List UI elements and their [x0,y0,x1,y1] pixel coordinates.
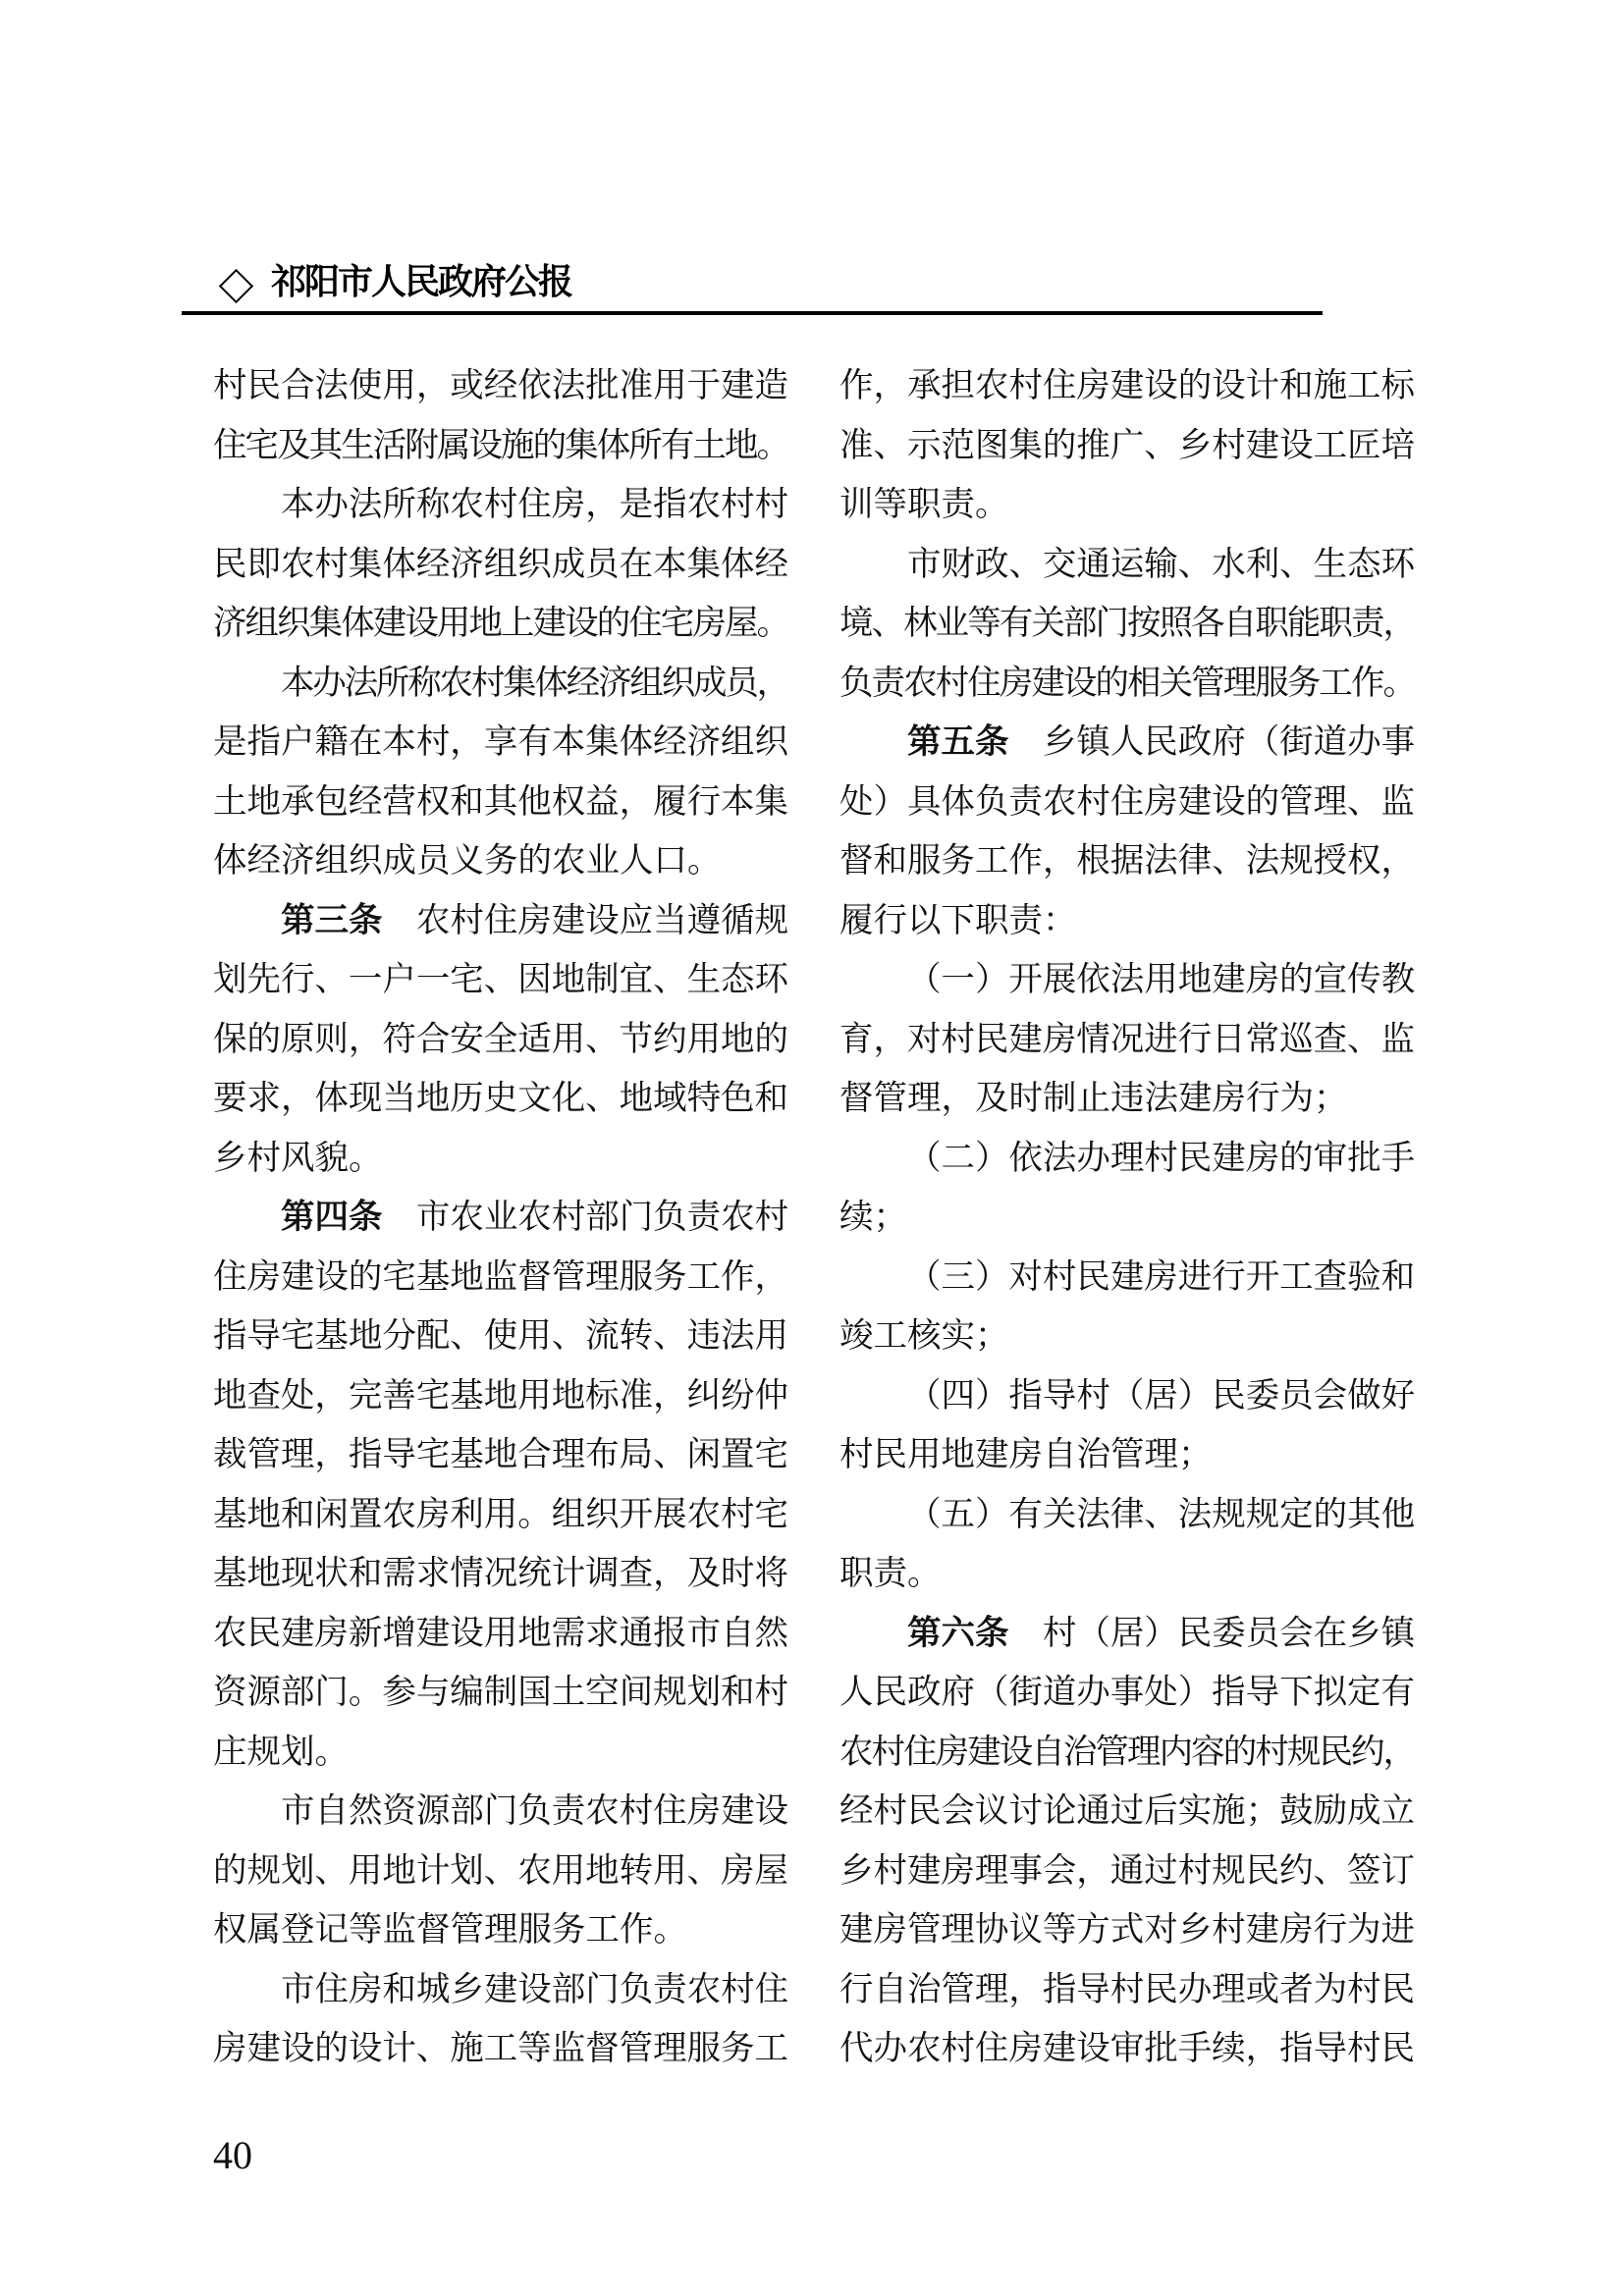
article-number: 第三条 [281,902,382,939]
text-run: 续； [839,1199,907,1236]
text-line: （四）指导村（居）民委员会做好 [839,1366,1415,1426]
text-run: 处）具体负责农村住房建设的管理、监 [839,783,1415,821]
text-run: 行自治管理，指导村民办理或者为村民 [839,1971,1415,2008]
text-line: 处）具体负责农村住房建设的管理、监 [839,773,1415,832]
text-line: 督和服务工作，根据法律、法规授权， [839,831,1415,891]
text-run: 准、示范图集的推广、乡村建设工匠培 [839,427,1415,464]
text-run: 权属登记等监督管理服务工作。 [213,1911,687,1949]
text-run: 市自然资源部门负责农村住房建设 [281,1792,788,1830]
text-run: 育，对村民建房情况进行日常巡查、监 [839,1021,1415,1058]
text-run: 是指户籍在本村，享有本集体经济组织 [213,723,788,761]
text-run: 负责农村住房建设的相关管理服务工作。 [839,665,1415,702]
text-run: 体经济组织成员义务的农业人口。 [213,842,722,880]
text-run: 指导宅基地分配、使用、流转、违法用 [213,1317,788,1355]
text-run: 市住房和城乡建设部门负责农村住 [281,1971,788,2008]
text-line: （五）有关法律、法规规定的其他 [839,1485,1415,1545]
text-line: 住宅及其生活附属设施的集体所有土地。 [213,416,788,476]
text-run: 住房建设的宅基地监督管理服务工作， [213,1258,788,1296]
text-line: 村民用地建房自治管理； [839,1425,1415,1485]
text-run: 民即农村集体经济组织成员在本集体经 [213,546,788,583]
text-line: 履行以下职责： [839,891,1415,951]
text-run: 训等职责。 [839,486,1009,523]
text-run: （一）开展依法用地建房的宣传教 [907,961,1415,998]
header-rule [182,311,1323,315]
text-run: 农村住房建设应当遵循规 [382,902,788,939]
text-run: 村民用地建房自治管理； [839,1436,1213,1473]
gazette-page: 祁阳市人民政府公报 村民合法使用，或经依法批准用于建造住宅及其生活附属设施的集体… [0,0,1623,2296]
text-line: 庄规划。 [213,1723,788,1783]
text-line: 村民合法使用，或经依法批准用于建造 [213,356,788,416]
text-line: 住房建设的宅基地监督管理服务工作， [213,1248,788,1308]
text-line: 第四条 市农业农村部门负责农村 [213,1188,788,1248]
text-line: （二）依法办理村民建房的审批手 [839,1129,1415,1189]
text-line: 训等职责。 [839,475,1415,535]
text-run: 要求，体现当地历史文化、地域特色和 [213,1080,788,1117]
text-line: 职责。 [839,1544,1415,1604]
text-line: 土地承包经营权和其他权益，履行本集 [213,773,788,832]
text-run: 划先行、一户一宅、因地制宜、生态环 [213,961,788,998]
text-line: 本办法所称农村集体经济组织成员， [213,654,788,714]
text-run: 农民建房新增建设用地需求通报市自然 [213,1615,788,1652]
text-run: （五）有关法律、法规规定的其他 [907,1496,1415,1533]
column-left: 村民合法使用，或经依法批准用于建造住宅及其生活附属设施的集体所有土地。本办法所称… [213,356,788,2079]
text-run: 地查处，完善宅基地用地标准，纠纷仲 [213,1377,788,1415]
text-run: 本办法所称农村住房，是指农村村 [281,486,788,523]
text-run: 境、林业等有关部门按照各自职能职责， [839,605,1415,642]
text-line: 基地和闲置农房利用。组织开展农村宅 [213,1485,788,1545]
text-line: 济组织集体建设用地上建设的住宅房屋。 [213,594,788,654]
text-line: 作，承担农村住房建设的设计和施工标 [839,356,1415,416]
text-line: 的规划、用地计划、农用地转用、房屋 [213,1842,788,1901]
text-run: （三）对村民建房进行开工查验和 [907,1258,1415,1296]
text-run: 督管理，及时制止违法建房行为； [839,1080,1348,1117]
text-line: 第五条 乡镇人民政府（街道办事 [839,713,1415,773]
text-line: 负责农村住房建设的相关管理服务工作。 [839,654,1415,714]
text-run: 职责。 [839,1555,942,1592]
text-line: 本办法所称农村住房，是指农村村 [213,475,788,535]
text-line: 权属登记等监督管理服务工作。 [213,1900,788,1960]
text-run: 代办农村住房建设审批手续，指导村民 [839,2030,1415,2067]
text-run: 作，承担农村住房建设的设计和施工标 [839,367,1415,404]
text-line: 竣工核实； [839,1307,1415,1366]
article-number: 第五条 [907,723,1008,761]
text-line: 是指户籍在本村，享有本集体经济组织 [213,713,788,773]
text-line: 代办农村住房建设审批手续，指导村民 [839,2019,1415,2079]
text-run: （四）指导村（居）民委员会做好 [907,1377,1415,1415]
text-run: 庄规划。 [213,1734,349,1771]
text-line: 育，对村民建房情况进行日常巡查、监 [839,1010,1415,1070]
text-line: 市自然资源部门负责农村住房建设 [213,1782,788,1842]
text-run: 建房管理协议等方式对乡村建房行为进 [839,1911,1415,1949]
text-run: 履行以下职责： [839,902,1077,939]
text-run: 基地现状和需求情况统计调查，及时将 [213,1555,788,1592]
article-number: 第四条 [281,1199,382,1236]
text-run: （二）依法办理村民建房的审批手 [907,1140,1415,1177]
text-line: 民即农村集体经济组织成员在本集体经 [213,535,788,595]
text-run: 裁管理，指导宅基地合理布局、闲置宅 [213,1436,788,1473]
text-run: 济组织集体建设用地上建设的住宅房屋。 [213,605,788,642]
text-run: 市农业农村部门负责农村 [382,1199,788,1236]
text-run: 保的原则，符合安全适用、节约用地的 [213,1021,788,1058]
text-line: 地查处，完善宅基地用地标准，纠纷仲 [213,1366,788,1426]
text-run: 农村住房建设自治管理内容的村规民约， [839,1734,1415,1771]
text-run: 市财政、交通运输、水利、生态环 [907,546,1415,583]
column-right: 作，承担农村住房建设的设计和施工标准、示范图集的推广、乡村建设工匠培训等职责。市… [839,356,1415,2079]
text-line: 行自治管理，指导村民办理或者为村民 [839,1960,1415,2020]
page-number: 40 [213,2132,252,2179]
article-number: 第六条 [907,1615,1008,1652]
text-line: 境、林业等有关部门按照各自职能职责， [839,594,1415,654]
text-line: 房建设的设计、施工等监督管理服务工 [213,2019,788,2079]
text-run: 人民政府（街道办事处）指导下拟定有 [839,1674,1415,1711]
text-line: 督管理，及时制止违法建房行为； [839,1069,1415,1129]
text-line: 体经济组织成员义务的农业人口。 [213,831,788,891]
text-run: 的规划、用地计划、农用地转用、房屋 [213,1852,788,1890]
text-line: 乡村风貌。 [213,1129,788,1189]
text-line: 指导宅基地分配、使用、流转、违法用 [213,1307,788,1366]
text-line: 市住房和城乡建设部门负责农村住 [213,1960,788,2020]
text-run: 经村民会议讨论通过后实施；鼓励成立 [839,1792,1415,1830]
text-line: 第三条 农村住房建设应当遵循规 [213,891,788,951]
text-line: 建房管理协议等方式对乡村建房行为进 [839,1900,1415,1960]
text-line: 经村民会议讨论通过后实施；鼓励成立 [839,1782,1415,1842]
text-run: 资源部门。参与编制国土空间规划和村 [213,1674,788,1711]
text-run: 乡村风貌。 [213,1140,383,1177]
text-line: 要求，体现当地历史文化、地域特色和 [213,1069,788,1129]
header-title: 祁阳市人民政府公报 [271,261,571,302]
text-line: （三）对村民建房进行开工查验和 [839,1248,1415,1308]
text-line: 资源部门。参与编制国土空间规划和村 [213,1663,788,1723]
diamond-icon [219,269,253,303]
text-line: 第六条 村（居）民委员会在乡镇 [839,1604,1415,1664]
text-line: 人民政府（街道办事处）指导下拟定有 [839,1663,1415,1723]
text-run: 村民合法使用，或经依法批准用于建造 [213,367,788,404]
text-run: 竣工核实； [839,1317,1009,1355]
text-run: 房建设的设计、施工等监督管理服务工 [213,2030,788,2067]
text-line: 裁管理，指导宅基地合理布局、闲置宅 [213,1425,788,1485]
text-line: 准、示范图集的推广、乡村建设工匠培 [839,416,1415,476]
text-line: 市财政、交通运输、水利、生态环 [839,535,1415,595]
text-run: 督和服务工作，根据法律、法规授权， [839,842,1415,880]
text-line: 基地现状和需求情况统计调查，及时将 [213,1544,788,1604]
text-run: 乡镇人民政府（街道办事 [1008,723,1415,761]
text-run: 土地承包经营权和其他权益，履行本集 [213,783,788,821]
text-run: 乡村建房理事会，通过村规民约、签订 [839,1852,1415,1890]
text-run: 本办法所称农村集体经济组织成员， [281,665,788,702]
text-run: 住宅及其生活附属设施的集体所有土地。 [213,427,788,464]
text-line: 续； [839,1188,1415,1248]
text-run: 村（居）民委员会在乡镇 [1008,1615,1415,1652]
text-line: 农民建房新增建设用地需求通报市自然 [213,1604,788,1664]
text-line: 乡村建房理事会，通过村规民约、签订 [839,1842,1415,1901]
text-run: 基地和闲置农房利用。组织开展农村宅 [213,1496,788,1533]
text-line: 保的原则，符合安全适用、节约用地的 [213,1010,788,1070]
text-line: 农村住房建设自治管理内容的村规民约， [839,1723,1415,1783]
text-line: （一）开展依法用地建房的宣传教 [839,950,1415,1010]
text-line: 划先行、一户一宅、因地制宜、生态环 [213,950,788,1010]
